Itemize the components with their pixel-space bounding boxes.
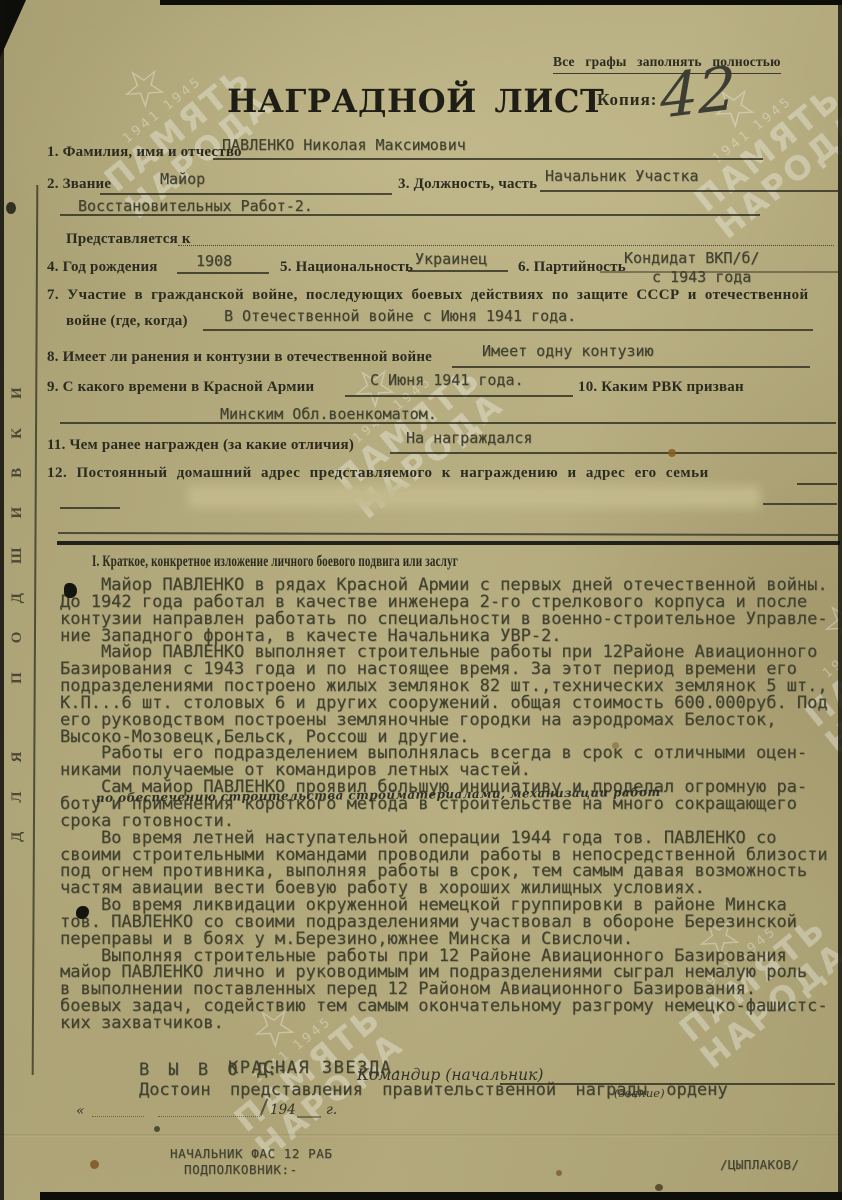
underline-rule [345, 395, 573, 397]
underline-rule [540, 190, 838, 192]
stain-spot [668, 449, 676, 457]
field-9-value: С Июня 1941 года. [370, 371, 524, 389]
date-year-fragment: 194 [270, 1102, 296, 1118]
field-5-label: 5. Национальность [280, 259, 413, 276]
underline-rule [203, 329, 813, 331]
field-8-value: Имеет одну контузию [482, 342, 654, 360]
field-5-value: Украинец [415, 250, 487, 268]
ink-spot [6, 202, 16, 214]
section-1-heading: I. Краткое, конкретное изложение личного… [92, 553, 458, 571]
field-11-value: На награждался [406, 429, 532, 447]
stain-spot [655, 1184, 663, 1191]
commander-label: Командир (начальник) [357, 1066, 543, 1084]
underline-rule [177, 272, 269, 274]
field-4-value: 1908 [196, 252, 232, 270]
field-8-label: 8. Имеет ли ранения и контузии в отечест… [47, 349, 432, 366]
underline-rule [390, 452, 837, 454]
copy-number-handwritten: 42 [660, 53, 737, 133]
citation-body-text: Майор ПАВЛЕНКО в рядах Красной Армии с п… [60, 577, 842, 1032]
footer-rank: ПОДПОЛКОВНИК:- [184, 1162, 298, 1177]
underline-rule [60, 214, 760, 216]
field-1-value: ПАВЛЕНКО Николая Максимович [222, 136, 466, 154]
field-6-label: 6. Партийность [518, 259, 626, 276]
underline-rule [797, 483, 837, 485]
underline-rule [452, 366, 810, 368]
stain-spot [154, 1126, 160, 1132]
field-10-value: Минским Обл.военкоматом. [220, 405, 437, 423]
underline-rule [408, 270, 508, 272]
stain-spot [556, 1170, 562, 1176]
underline-rule [297, 1116, 321, 1118]
underline-rule [213, 158, 763, 160]
stain-spot [90, 1160, 99, 1169]
stain-spot [612, 742, 619, 749]
underline-rule [158, 1116, 260, 1117]
award-sheet-document: ☆ 1941 1945 ПАМЯТЬ НАРОДА ☆ 1941 1945 ПА… [0, 0, 842, 1200]
margin-vertical-text: ДЛЯ ПОДШИВКИ [9, 358, 26, 842]
field-6-value: Кондидат ВКП/б/ [624, 249, 759, 267]
footer-position: НАЧАЛЬНИК ФАС 12 РАБ [170, 1146, 333, 1161]
paper-crease [0, 1134, 842, 1137]
footer-signer-name: /ЦЫПЛАКОВ/ [720, 1157, 799, 1172]
separator-rule [57, 541, 840, 545]
underline-rule [100, 193, 392, 195]
presented-for-label: Представляется к [66, 231, 191, 248]
underline-rule [60, 422, 836, 424]
field-2-label: 2. Звание [47, 176, 111, 193]
field-7-label-line1: 7. Участие в гражданской войне, последую… [47, 287, 809, 304]
rank-hint-label: (звание) [614, 1086, 665, 1100]
field-3-value: Начальник Участка [545, 167, 699, 185]
underline-rule [58, 532, 838, 536]
field-3-label: 3. Должность, часть [398, 176, 537, 193]
redacted-address-area [188, 486, 760, 508]
field-11-label: 11. Чем ранее награжден (за какие отличи… [47, 437, 354, 454]
scan-edge-bottom [40, 1192, 842, 1200]
margin-rule [32, 185, 38, 1075]
field-6-value-continued: с 1943 года [652, 268, 751, 286]
field-7-value: В Отечественной войне с Июня 1941 года. [224, 307, 576, 325]
underline-rule [60, 507, 120, 509]
date-g-fragment: г. [326, 1102, 337, 1118]
field-9-label: 9. С какого времени в Красной Армии [47, 379, 314, 396]
underline-rule [763, 503, 837, 505]
punch-hole [64, 583, 77, 598]
date-open-quote: « [76, 1103, 85, 1119]
field-10-label: 10. Каким РВК призван [578, 379, 744, 396]
copy-label: Копия: [597, 90, 657, 110]
field-7-label-line2: войне (где, когда) [66, 313, 188, 330]
scan-edge-left [0, 0, 4, 1200]
document-title: НАГРАДНОЙ ЛИСТ [227, 82, 604, 120]
scan-edge-top [160, 0, 842, 5]
field-12-label: 12. Постоянный домашний адрес представля… [47, 465, 709, 482]
field-2-value: Майор [160, 170, 205, 188]
field-3-value-continued: Восстановительных Работ-2. [78, 197, 313, 215]
underline-rule [500, 1083, 835, 1085]
field-4-label: 4. Год рождения [47, 259, 158, 276]
underline-rule [178, 245, 834, 246]
scan-edge-right [838, 0, 842, 1200]
underline-rule [92, 1116, 144, 1117]
